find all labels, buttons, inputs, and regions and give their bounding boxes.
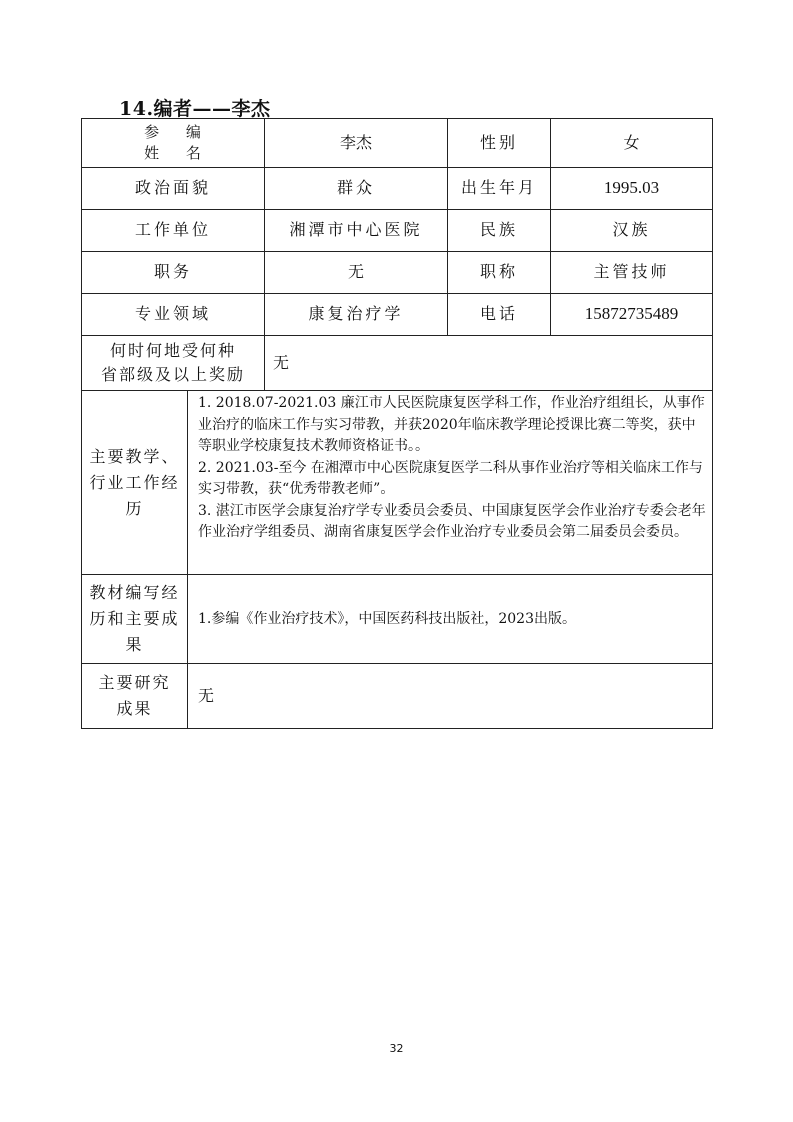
phone-label: 电话 <box>448 294 551 336</box>
title-value: 主管技师 <box>551 252 713 294</box>
gender-value: 女 <box>551 119 713 168</box>
experience-item: 1. 2018.07-2021.03 廉江市人民医院康复医学科工作，作业治疗组组… <box>198 393 708 458</box>
awards-label-line2: 省部级及以上奖励 <box>82 363 264 387</box>
specialty-label: 专业领域 <box>82 294 265 336</box>
birth-date-label: 出生年月 <box>448 168 551 210</box>
experience-content: 1. 2018.07-2021.03 廉江市人民医院康复医学科工作，作业治疗组组… <box>188 391 713 575</box>
research-label: 主要研究成果 <box>82 664 188 729</box>
experience-item: 3. 湛江市医学会康复治疗学专业委员会委员、中国康复医学会作业治疗专委会老年作业… <box>198 501 708 544</box>
section-title: 14.编者——李杰 <box>119 94 271 121</box>
experience-label: 主要教学、行业工作经历 <box>82 391 188 575</box>
name-label-line1: 参 编 <box>144 122 202 143</box>
position-label: 职务 <box>82 252 265 294</box>
ethnicity-label: 民族 <box>448 210 551 252</box>
work-unit-value: 湘潭市中心医院 <box>265 210 448 252</box>
editor-info-table: 参 编 姓 名 李杰 性别 女 政治面貌 群众 出生年月 1995.03 工作单… <box>81 118 713 729</box>
table-row: 政治面貌 群众 出生年月 1995.03 <box>82 168 713 210</box>
table-row: 工作单位 湘潭市中心医院 民族 汉族 <box>82 210 713 252</box>
name-value: 李杰 <box>265 119 448 168</box>
name-label-cell: 参 编 姓 名 <box>82 119 265 168</box>
textbook-label: 教材编写经历和主要成果 <box>82 575 188 664</box>
textbook-value: 1.参编《作业治疗技术》，中国医药科技出版社，2023出版。 <box>188 575 713 664</box>
name-label-line2: 姓 名 <box>144 143 202 164</box>
ethnicity-value: 汉族 <box>551 210 713 252</box>
awards-label-line1: 何时何地受何种 <box>82 339 264 363</box>
gender-label: 性别 <box>448 119 551 168</box>
specialty-value: 康复治疗学 <box>265 294 448 336</box>
awards-label-cell: 何时何地受何种 省部级及以上奖励 <box>82 336 265 391</box>
table-row: 教材编写经历和主要成果 1.参编《作业治疗技术》，中国医药科技出版社，2023出… <box>82 575 713 664</box>
table-row: 何时何地受何种 省部级及以上奖励 无 <box>82 336 713 391</box>
experience-item: 2. 2021.03-至今 在湘潭市中心医院康复医学二科从事作业治疗等相关临床工… <box>198 458 708 501</box>
political-status-value: 群众 <box>265 168 448 210</box>
page-number: 32 <box>0 1042 793 1055</box>
table-row: 职务 无 职称 主管技师 <box>82 252 713 294</box>
political-status-label: 政治面貌 <box>82 168 265 210</box>
table-row: 专业领域 康复治疗学 电话 15872735489 <box>82 294 713 336</box>
birth-date-value: 1995.03 <box>551 168 713 210</box>
table-row: 主要教学、行业工作经历 1. 2018.07-2021.03 廉江市人民医院康复… <box>82 391 713 575</box>
table-row: 主要研究成果 无 <box>82 664 713 729</box>
table-row: 参 编 姓 名 李杰 性别 女 <box>82 119 713 168</box>
phone-value: 15872735489 <box>551 294 713 336</box>
title-label: 职称 <box>448 252 551 294</box>
awards-value: 无 <box>265 336 713 391</box>
research-value: 无 <box>188 664 713 729</box>
position-value: 无 <box>265 252 448 294</box>
work-unit-label: 工作单位 <box>82 210 265 252</box>
